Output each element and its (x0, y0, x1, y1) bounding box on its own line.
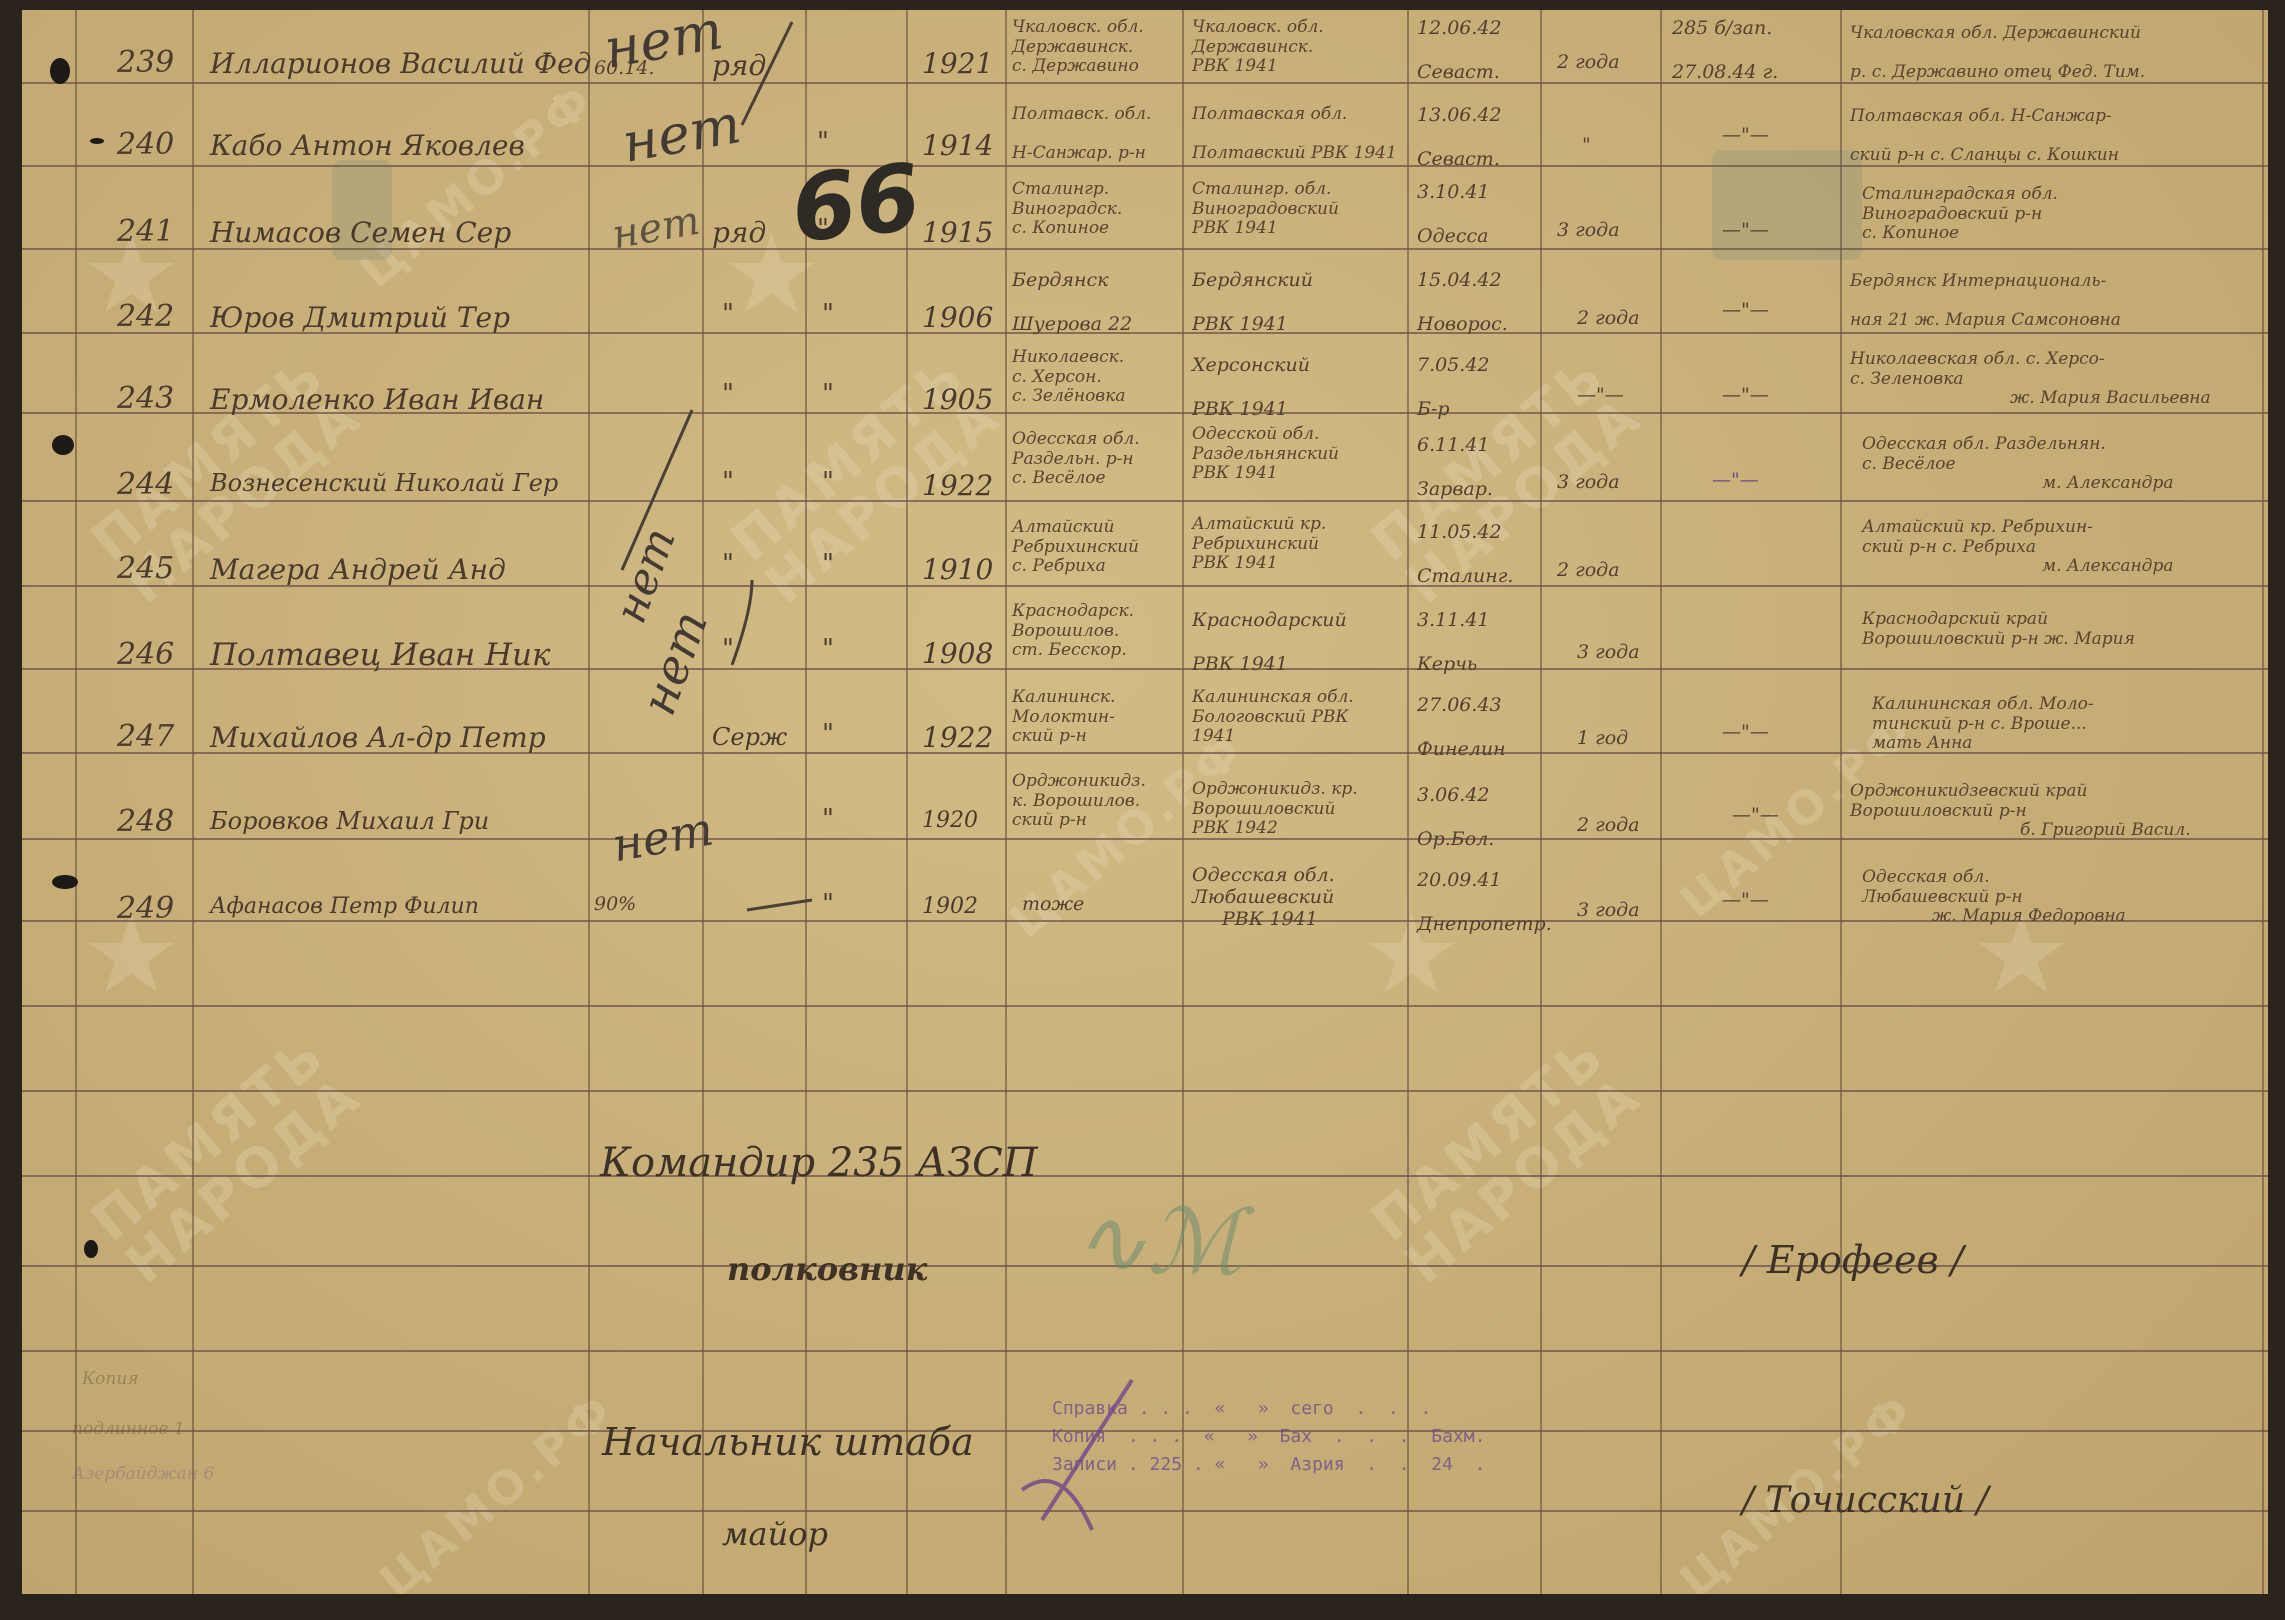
home-address: Чкаловская обл. Державинскийр. с. Держав… (1850, 24, 2145, 83)
origin: Николаевск.с. Херсон.с. Зелёновка (1012, 348, 1125, 407)
watermark-text: ПАМЯТЬНАРОДА (1362, 1026, 1651, 1293)
birth-year: 1922 (922, 722, 993, 754)
birth-year: 1921 (922, 48, 993, 80)
soldier-name: Боровков Михаил Гри (210, 808, 489, 836)
date-place: 12.06.42Севаст. (1417, 18, 1502, 84)
green-signature: ∿ℳ (1072, 1190, 1244, 1295)
soldier-name: Кабо Антон Яковлев (210, 130, 525, 162)
home-address: Орджоникидзевский крайВорошиловский р-нб… (1850, 782, 2191, 841)
service-period: 3 года (1557, 220, 1620, 242)
origin: АлтайскийРебрихинскийс. Ребриха (1012, 518, 1139, 577)
row-number: 244 (117, 468, 174, 503)
draft-office: Орджоникидз. кр.ВорошиловскийРВК 1942 (1192, 780, 1358, 839)
draft-office: Одесская обл.ЛюбашевскийРВК 1941 (1192, 865, 1335, 931)
origin: Одесская обл.Раздельн. р-нс. Весёлое (1012, 430, 1140, 489)
row-number: 249 (117, 892, 174, 927)
extra-note: 285 б/зап.27.08.44 г. (1672, 18, 1778, 84)
origin: БердянскШуерова 22 (1012, 270, 1132, 336)
extra-note: —"— (1722, 125, 1769, 147)
draft-office: Одесской обл.РаздельнянскийРВК 1941 (1192, 425, 1339, 484)
date-place: 15.04.42Новорос. (1417, 270, 1508, 336)
birth-year: 1914 (922, 130, 993, 162)
chief-of-staff-name: / Точисский / (1742, 1480, 1989, 1521)
soldier-name: Нимасов Семен Сер (210, 217, 511, 249)
document-page: ★ ★ ★ ★ ★ ПАМЯТЬНАРОДА ПАМЯТЬНАРОДА ПАМЯ… (22, 10, 2268, 1594)
service-period: 3 года (1557, 472, 1620, 494)
margin-note: подлинное 1 (72, 1420, 185, 1440)
chief-of-staff-title: Начальник штаба (602, 1420, 974, 1464)
extra-note: —"— (1712, 470, 1759, 492)
soldier-name: Полтавец Иван Ник (210, 638, 551, 674)
birth-year: 1905 (922, 384, 993, 416)
draft-office: Полтавская обл.Полтавский РВК 1941 (1192, 105, 1397, 164)
service-period: 3 года (1577, 900, 1640, 922)
row-number: 243 (117, 382, 174, 417)
stamp-signature (1002, 1370, 1162, 1550)
date-place: 3.11.41Керчь (1417, 610, 1490, 676)
home-address: Бердянск Интернациональ-ная 21 ж. Мария … (1850, 272, 2121, 331)
soldier-name: Юров Дмитрий Тер (210, 302, 510, 334)
row-number: 239 (117, 46, 174, 81)
date-place: 27.06.43Финелин (1417, 695, 1506, 761)
birth-year: 1920 (922, 808, 978, 833)
row-number: 246 (117, 638, 174, 673)
date-place: 20.09.41Днепропетр. (1417, 870, 1552, 936)
home-address: Николаевская обл. с. Херсо-с. Зеленовкаж… (1850, 350, 2211, 409)
origin: тоже (1022, 894, 1084, 916)
date-place: 6.11.41Зарвар. (1417, 435, 1493, 501)
margin-note: Азербайджан 6 (72, 1465, 214, 1485)
service-period: —"— (1577, 385, 1624, 407)
ink-blot (84, 1240, 98, 1258)
service-period: " (1582, 135, 1591, 157)
commander-name: / Ерофеев / (1742, 1238, 1964, 1282)
row-number: 242 (117, 300, 174, 335)
watermark-text: ЦАМО.РФ (372, 1385, 622, 1594)
date-place: 3.10.41Одесса (1417, 182, 1490, 248)
grid-line (22, 1005, 2268, 1007)
grid-line (22, 1175, 2268, 1177)
origin: Калининск.Молоктин-ский р-н (1012, 688, 1116, 747)
draft-office: БердянскийРВК 1941 (1192, 270, 1313, 336)
draft-office: Калининская обл.Бологовский РВК1941 (1192, 688, 1354, 747)
row-number: 240 (117, 128, 174, 163)
date-place: 13.06.42Севаст. (1417, 105, 1502, 171)
service-period: 2 года (1557, 560, 1620, 582)
chief-of-staff-rank: майор (722, 1515, 828, 1553)
home-address: Полтавская обл. Н-Санжар-ский р-н с. Сла… (1850, 107, 2119, 166)
service-period: 2 года (1577, 815, 1640, 837)
home-address: Одесская обл.Любашевский р-нж. Мария Фед… (1862, 868, 2126, 927)
commander-title: Командир 235 АЗСП (600, 1140, 1038, 1186)
grid-line (22, 1090, 2268, 1092)
service-period: 2 года (1557, 52, 1620, 74)
home-address: Краснодарский крайВорошиловский р-н ж. М… (1862, 610, 2135, 649)
birth-year: 1908 (922, 638, 993, 670)
pencil-strokes (582, 10, 882, 1010)
date-place: 3.06.42Ор.Бол. (1417, 785, 1494, 851)
row-number: 248 (117, 805, 174, 840)
ink-blot (52, 435, 74, 455)
birth-year: 1910 (922, 554, 993, 586)
service-period: 2 года (1577, 308, 1640, 330)
commander-rank: полковник (727, 1250, 927, 1288)
birth-year: 1906 (922, 302, 993, 334)
soldier-name: Михайлов Ал-др Петр (210, 722, 546, 754)
soldier-name: Илларионов Василий Фед (210, 48, 591, 80)
soldier-name: Вознесенский Николай Гер (210, 470, 558, 498)
grid-line (22, 500, 2268, 502)
extra-note: —"— (1722, 300, 1769, 322)
margin-note: Копия (82, 1370, 139, 1390)
origin: Чкаловск. обл.Державинск.с. Державино (1012, 18, 1144, 77)
home-address: Алтайский кр. Ребрихин-ский р-н с. Ребри… (1862, 518, 2173, 577)
soldier-name: Магера Андрей Анд (210, 554, 506, 586)
row-number: 241 (117, 215, 174, 250)
draft-office: Алтайский кр.РебрихинскийРВК 1941 (1192, 515, 1326, 574)
draft-office: ХерсонскийРВК 1941 (1192, 355, 1310, 421)
extra-note: —"— (1722, 385, 1769, 407)
home-address: Одесская обл. Раздельнян.с. Весёлоем. Ал… (1862, 435, 2173, 494)
row-number: 247 (117, 720, 174, 755)
draft-office: Сталингр. обл.ВиноградовскийРВК 1941 (1192, 180, 1339, 239)
origin: Полтавск. обл.Н-Санжар. р-н (1012, 105, 1151, 164)
origin: Орджоникидз.к. Ворошилов.ский р-н (1012, 772, 1146, 831)
watermark-text: ПАМЯТЬНАРОДА (82, 1026, 371, 1293)
ink-blot (52, 875, 78, 889)
extra-note: —"— (1722, 220, 1769, 242)
birth-year: 1915 (922, 217, 993, 249)
home-address: Калининская обл. Моло-тинский р-н с. Вро… (1872, 695, 2094, 754)
service-period: 1 год (1577, 728, 1628, 750)
row-number: 245 (117, 552, 174, 587)
origin: Сталингр.Виноградск.с. Копиное (1012, 180, 1122, 239)
extra-note: —"— (1722, 890, 1769, 912)
draft-office: Чкаловск. обл.Державинск.РВК 1941 (1192, 18, 1324, 77)
draft-office: КраснодарскийРВК 1941 (1192, 610, 1347, 676)
birth-year: 1902 (922, 894, 978, 919)
ink-blot (50, 58, 70, 84)
extra-note: —"— (1722, 722, 1769, 744)
ink-blot (90, 138, 104, 144)
home-address: Сталинградская обл.Виноградовский р-нс. … (1862, 185, 2058, 244)
birth-year: 1922 (922, 470, 993, 502)
soldier-name: Ермоленко Иван Иван (210, 384, 544, 416)
date-place: 7.05.42Б-р (1417, 355, 1490, 421)
service-period: 3 года (1577, 642, 1640, 664)
extra-note: —"— (1732, 805, 1779, 827)
soldier-name: Афанасов Петр Филип (210, 894, 479, 919)
grid-line (22, 1350, 2268, 1352)
origin: Краснодарск.Ворошилов.ст. Бесскор. (1012, 602, 1134, 661)
date-place: 11.05.42Сталинг. (1417, 522, 1513, 588)
